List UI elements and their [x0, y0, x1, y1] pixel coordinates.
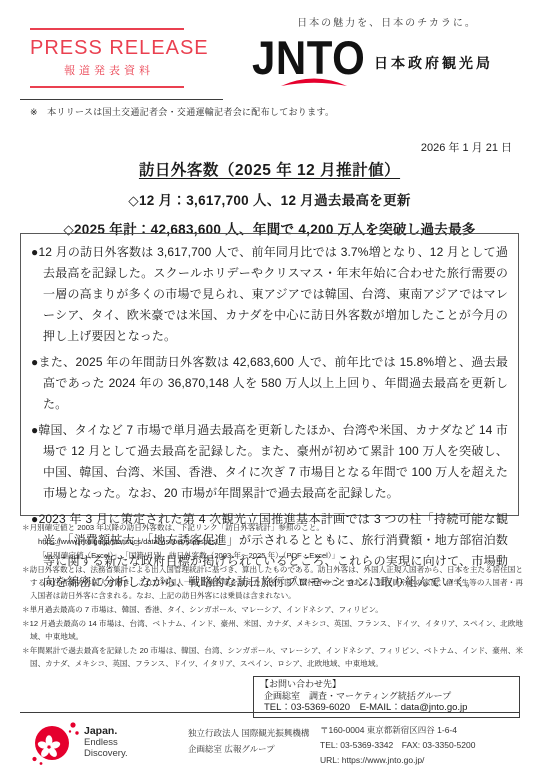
footnote-monthly-figures: ＊月別確定値と 2003 年以降の訪日外客数は、下記リンク「訪日外客統計」参照の… [22, 521, 523, 534]
footer-divider [20, 712, 520, 713]
jnto-logo: JNTO [252, 35, 354, 89]
contact-group: 企画総室 調査・マーケティング統括グループ [260, 691, 513, 703]
sakura-icon [30, 718, 82, 768]
jnto-org-name: 日本政府観光局 [374, 53, 493, 73]
logo-text-endless: Endless [84, 737, 128, 748]
title-block: 訪日外客数（2025 年 12 月推計値） ◇12 月：3,617,700 人、… [0, 158, 539, 238]
footer-org-info: 独立行政法人 国際観光振興機構 企画総室 広報グループ [188, 725, 320, 768]
footnote-december-record-markets: ＊12 月過去最高の 14 市場は、台湾、ベトナム、インド、豪州、米国、カナダ、… [22, 617, 523, 643]
footnote-statistics-files: 「月別確定値（Excel）」、「国籍/月別 訪日外客数（2003 年～2025 … [22, 549, 523, 562]
press-badge-bottom-rule [30, 86, 184, 88]
footnote-visitor-definition: ＊訪日外客数とは、法務省集計による出入国管理統計に基づき、算出したものである。訪… [22, 563, 523, 602]
logo-text-japan: Japan. [84, 726, 128, 737]
footer-org-group: 企画総室 広報グループ [188, 741, 320, 757]
footnote-monthly-record-markets: ＊単月過去最高の 7 市場は、韓国、香港、タイ、シンガポール、マレーシア、インド… [22, 603, 523, 616]
press-badge-top-rule [30, 28, 184, 30]
footnote-annual-record-markets: ＊年間累計で過去最高を記録した 20 市場は、韓国、台湾、シンガポール、マレーシ… [22, 644, 523, 670]
jnto-red-arc-icon [279, 77, 349, 87]
summary-bullet-annual: ●また、2025 年の年間訪日外客数は 42,683,600 人で、前年比では … [31, 352, 508, 415]
summary-bullet-december: ●12 月の訪日外客数は 3,617,700 人で、前年同月比では 3.7%増と… [31, 242, 508, 347]
footer: Japan. Endless Discovery. 独立行政法人 国際観光振興機… [30, 717, 522, 768]
footer-address-info: 〒160-0004 東京都新宿区四谷 1-6-4 TEL: 03-5369-33… [320, 723, 475, 768]
japan-logo-text: Japan. Endless Discovery. [84, 726, 128, 759]
contact-heading: 【お問い合わせ先】 [260, 679, 513, 691]
press-release-page: PRESS RELEASE 報道発表資料 日本の魅力を、日本のチカラに。 JNT… [0, 0, 539, 774]
highlight-december: ◇12 月：3,617,700 人、12 月過去最高を更新 [0, 189, 539, 209]
distribution-note: ※ 本リリースは国土交通記者会・交通運輸記者会に配布しております。 [30, 105, 334, 118]
footer-tel-fax: TEL: 03-5369-3342 FAX: 03-3350-5200 [320, 738, 475, 753]
summary-bullet-markets: ●韓国、タイなど 7 市場で単月過去最高を更新したほか、台湾や米国、カナダなど … [31, 420, 508, 504]
japan-endless-discovery-logo: Japan. Endless Discovery. [30, 717, 188, 768]
footer-url: URL: https://www.jnto.go.jp/ [320, 753, 475, 768]
jnto-logo-block: 日本の魅力を、日本のチカラに。 JNTO 日本政府観光局 [252, 14, 522, 89]
logo-text-discovery: Discovery. [84, 748, 128, 759]
summary-box: ●12 月の訪日外客数は 3,617,700 人で、前年同月比では 3.7%増と… [20, 233, 519, 516]
press-release-badge: PRESS RELEASE 報道発表資料 [30, 28, 184, 88]
release-date: 2026 年 1 月 21 日 [421, 139, 512, 155]
press-release-title: PRESS RELEASE [30, 37, 184, 60]
press-release-subtitle: 報道発表資料 [34, 62, 184, 78]
jnto-wordmark: JNTO [252, 35, 365, 82]
document-title: 訪日外客数（2025 年 12 月推計値） [0, 158, 539, 180]
header-divider [20, 99, 223, 100]
footer-org-name: 独立行政法人 国際観光振興機構 [188, 725, 320, 741]
footer-postal-address: 〒160-0004 東京都新宿区四谷 1-6-4 [320, 723, 475, 738]
footnotes: ＊月別確定値と 2003 年以降の訪日外客数は、下記リンク「訪日外客統計」参照の… [22, 521, 523, 671]
jnto-tagline: 日本の魅力を、日本のチカラに。 [252, 14, 522, 29]
footnote-statistics-url: https://www.jnto.go.jp/statistics/data/v… [22, 535, 523, 548]
